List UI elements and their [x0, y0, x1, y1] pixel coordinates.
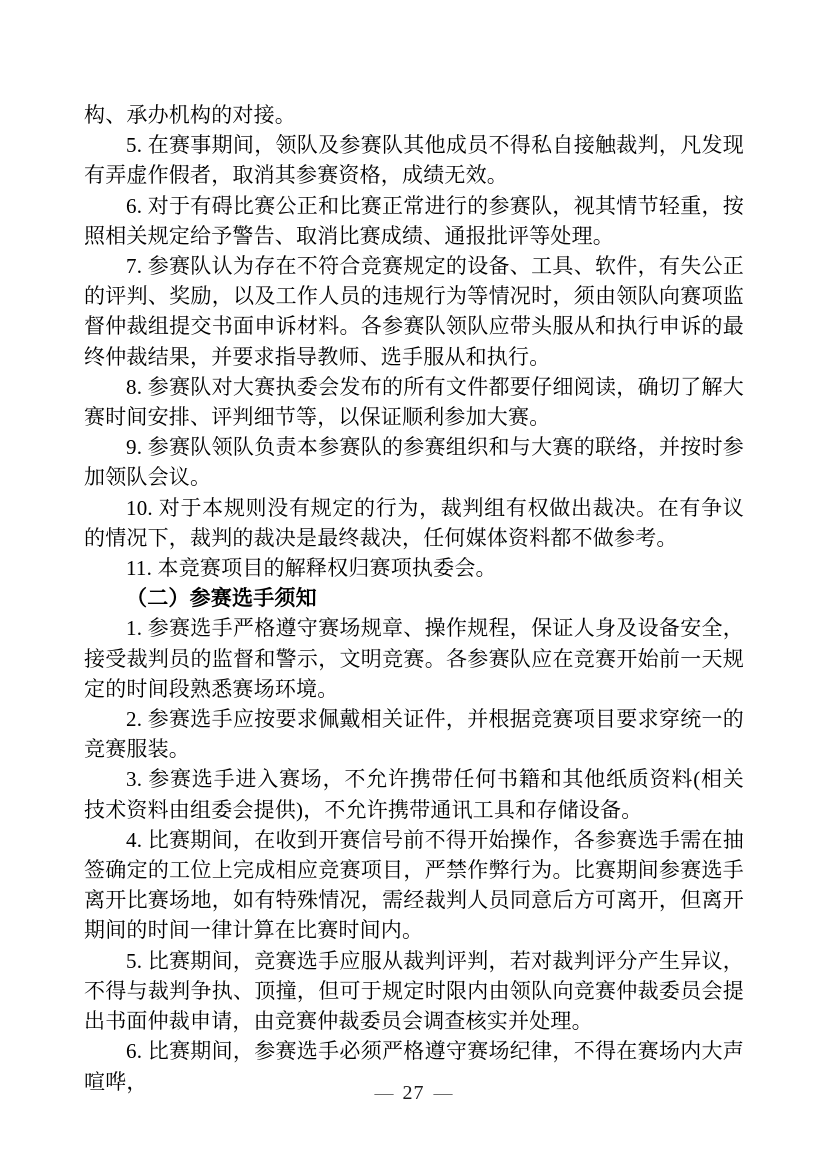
document-body: 构、承办机构的对接。5. 在赛事期间，领队及参赛队其他成员不得私自接触裁判，凡发…	[84, 100, 744, 1097]
paragraph: 8. 参赛队对大赛执委会发布的所有文件都要仔细阅读，确切了解大赛时间安排、评判细…	[84, 372, 744, 432]
page-footer: —27—	[0, 1082, 827, 1105]
paragraph: 3. 参赛选手进入赛场，不允许携带任何书籍和其他纸质资料(相关技术资料由组委会提…	[84, 764, 744, 824]
paragraph: 构、承办机构的对接。	[84, 100, 744, 130]
paragraph: 1. 参赛选手严格遵守赛场规章、操作规程，保证人身及设备安全，接受裁判员的监督和…	[84, 613, 744, 704]
paragraph: 5. 比赛期间，竞赛选手应服从裁判评判，若对裁判评分产生异议，不得与裁判争执、顶…	[84, 946, 744, 1037]
footer-left-dash: —	[375, 1083, 394, 1104]
paragraph: 11. 本竞赛项目的解释权归赛项执委会。	[84, 553, 744, 583]
document-page: 构、承办机构的对接。5. 在赛事期间，领队及参赛队其他成员不得私自接触裁判，凡发…	[0, 0, 827, 1169]
paragraph: 2. 参赛选手应按要求佩戴相关证件，并根据竞赛项目要求穿统一的竞赛服装。	[84, 704, 744, 764]
paragraph: 10. 对于本规则没有规定的行为，裁判组有权做出裁决。在有争议的情况下，裁判的裁…	[84, 493, 744, 553]
paragraph: 6. 对于有碍比赛公正和比赛正常进行的参赛队，视其情节轻重，按照相关规定给予警告…	[84, 191, 744, 251]
section-heading: （二）参赛选手须知	[84, 583, 744, 613]
paragraph: 7. 参赛队认为存在不符合竞赛规定的设备、工具、软件，有失公正的评判、奖励，以及…	[84, 251, 744, 372]
footer-right-dash: —	[434, 1083, 453, 1104]
page-number: 27	[403, 1082, 425, 1104]
paragraph: 4. 比赛期间，在收到开赛信号前不得开始操作，各参赛选手需在抽签确定的工位上完成…	[84, 825, 744, 946]
paragraph: 9. 参赛队领队负责本参赛队的参赛组织和与大赛的联络，并按时参加领队会议。	[84, 432, 744, 492]
paragraph: 5. 在赛事期间，领队及参赛队其他成员不得私自接触裁判，凡发现有弄虚作假者，取消…	[84, 130, 744, 190]
